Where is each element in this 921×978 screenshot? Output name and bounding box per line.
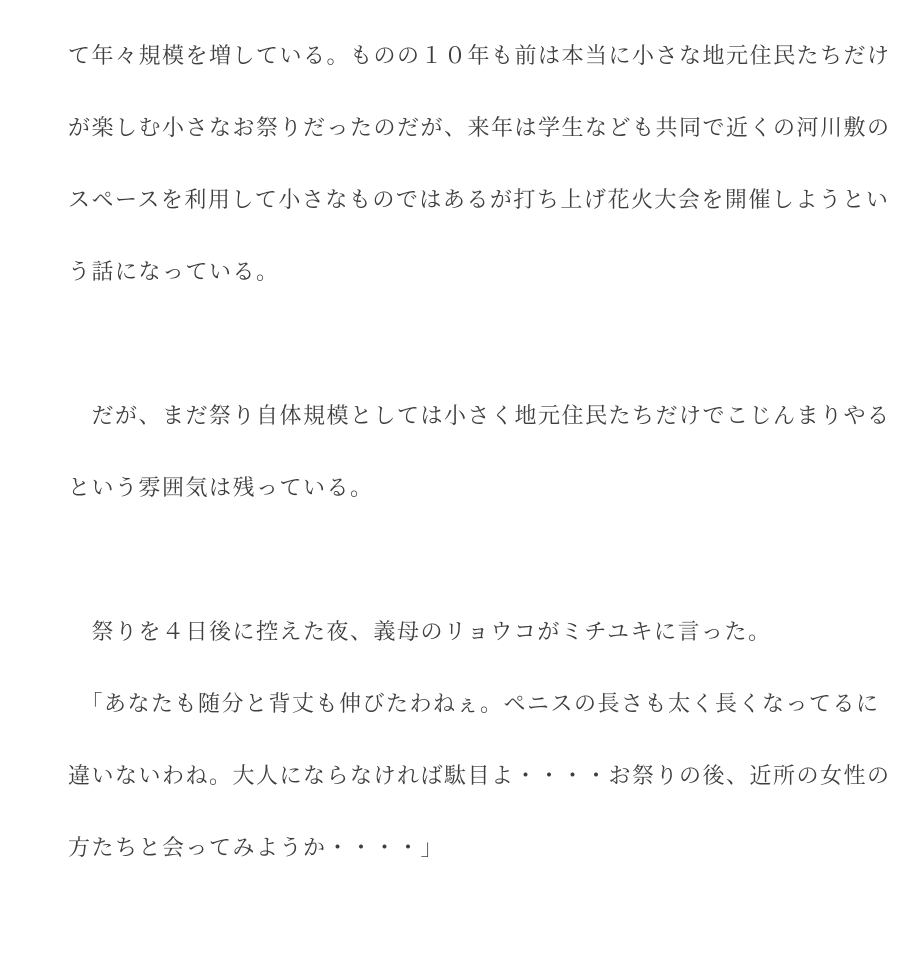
- text-line: 「あなたも随分と背丈も伸びたわねぇ。ペニスの長さも太く長くなってるに: [68, 669, 881, 741]
- text-line: う話になっている。: [68, 237, 881, 309]
- blank-line: [68, 525, 881, 597]
- document-page: て年々規模を増している。ものの１０年も前は本当に小さな地元住民たちだけ が楽しむ…: [0, 0, 921, 978]
- text-line: スペースを利用して小さなものではあるが打ち上げ花火大会を開催しようとい: [68, 165, 881, 237]
- blank-line: [68, 309, 881, 381]
- text-line: 方たちと会ってみようか・・・・」: [68, 813, 881, 885]
- text-line: て年々規模を増している。ものの１０年も前は本当に小さな地元住民たちだけ: [68, 21, 881, 93]
- text-line: 違いないわね。大人にならなければ駄目よ・・・・お祭りの後、近所の女性の: [68, 741, 881, 813]
- text-line: 祭りを４日後に控えた夜、義母のリョウコがミチユキに言った。: [68, 597, 881, 669]
- text-line: が楽しむ小さなお祭りだったのだが、来年は学生なども共同で近くの河川敷の: [68, 93, 881, 165]
- text-line: という雰囲気は残っている。: [68, 453, 881, 525]
- text-line: だが、まだ祭り自体規模としては小さく地元住民たちだけでこじんまりやる: [68, 381, 881, 453]
